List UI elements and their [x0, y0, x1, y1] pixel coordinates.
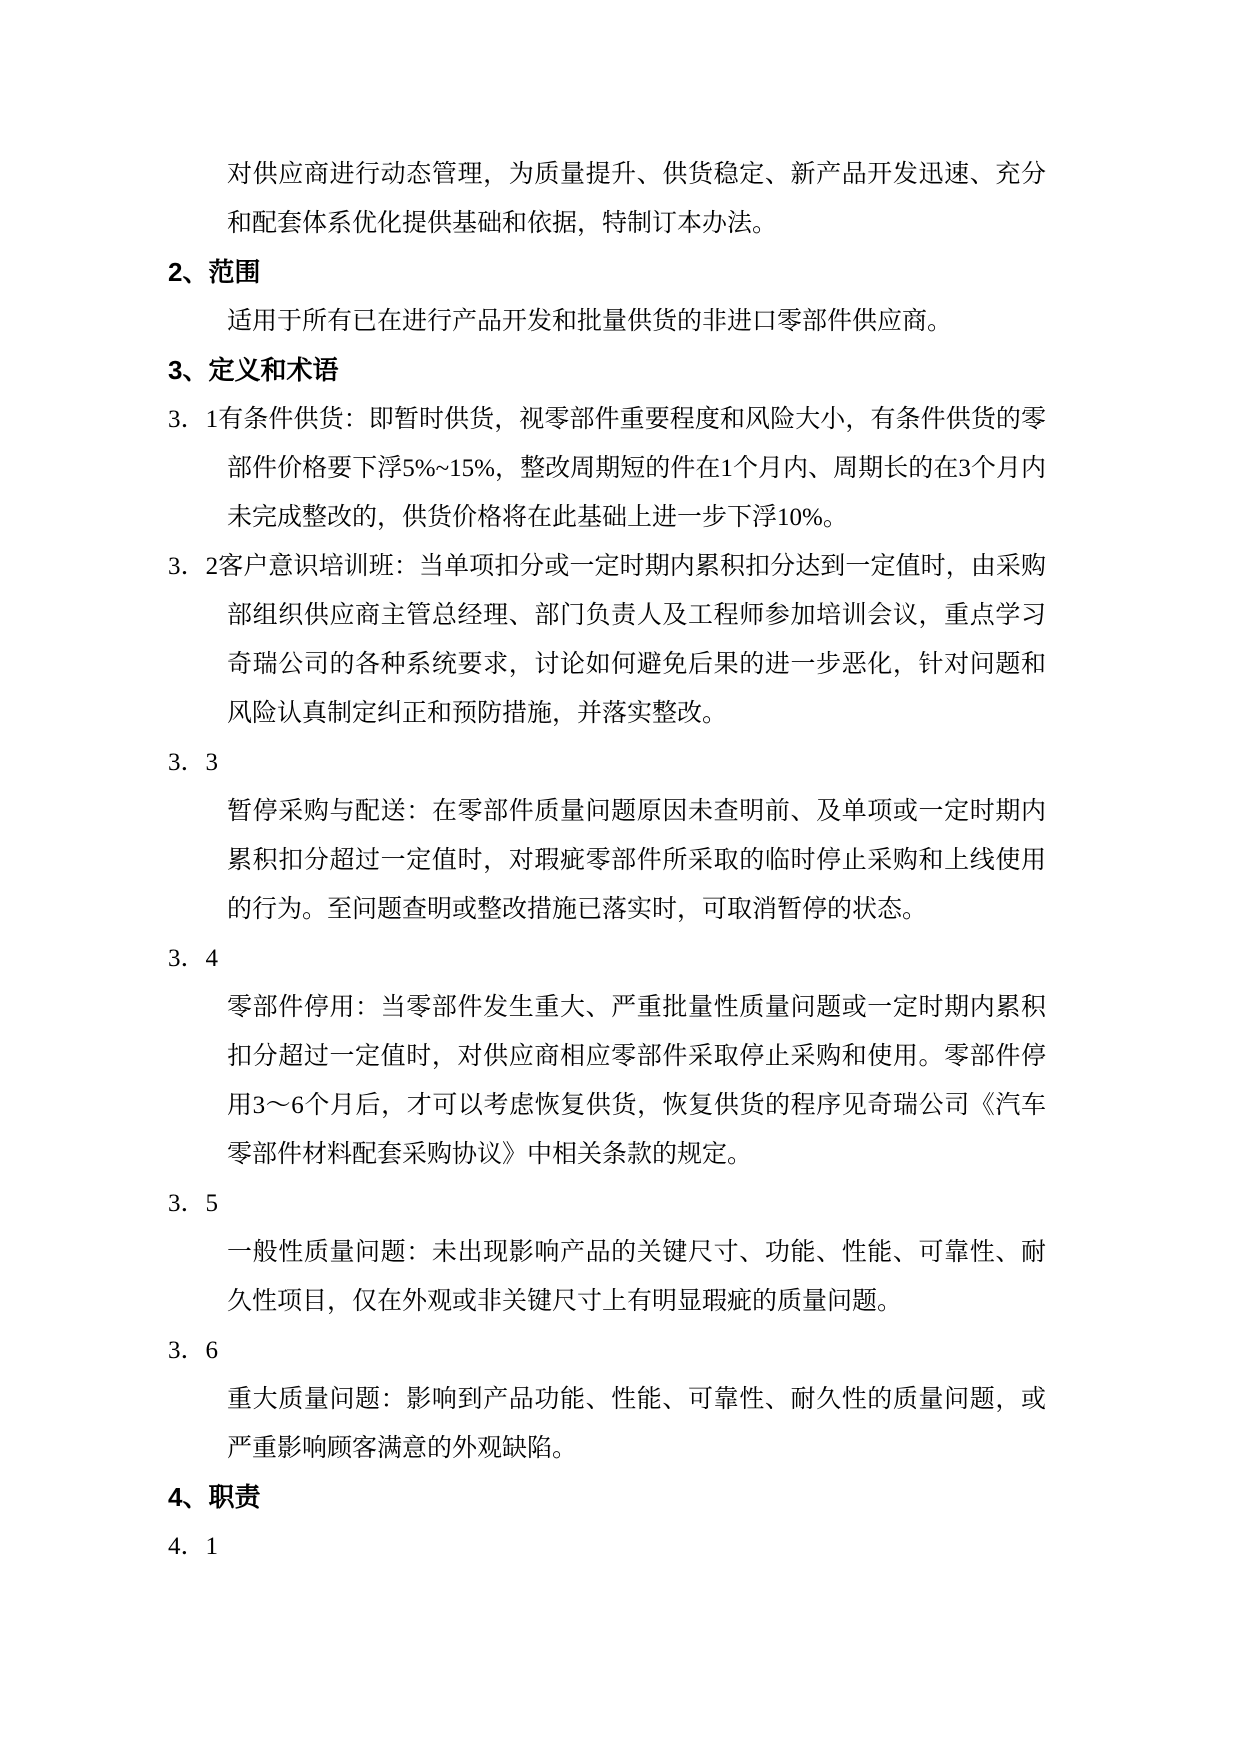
paragraph-purpose-continuation: 对供应商进行动态管理，为质量提升、供货稳定、新产品开发迅速、充分和配套体系优化提…: [168, 150, 1046, 248]
paragraph-3-5-general-quality-issue: 一般性质量问题：未出现影响产品的关键尺寸、功能、性能、可靠性、耐久性项目，仅在外…: [168, 1228, 1046, 1326]
clause-3-2-customer-awareness-training: 3．2客户意识培训班：当单项扣分或一定时期内累积扣分达到一定值时，由采购部组织供…: [168, 542, 1046, 738]
paragraph-3-3-suspend-purchasing: 暂停采购与配送：在零部件质量问题原因未查明前、及单项或一定时期内累积扣分超过一定…: [168, 787, 1046, 934]
clause-3-1-conditional-supply: 3．1有条件供货：即暂时供货，视零部件重要程度和风险大小，有条件供货的零部件价格…: [168, 395, 1046, 542]
section-heading-scope: 2、范围: [168, 248, 1046, 297]
clause-number-3-3: 3．3: [168, 738, 1046, 787]
clause-number-3-5: 3．5: [168, 1179, 1046, 1228]
clause-number-4-1: 4．1: [168, 1522, 1046, 1571]
clause-number-3-6: 3．6: [168, 1326, 1046, 1375]
paragraph-3-6-major-quality-issue: 重大质量问题：影响到产品功能、性能、可靠性、耐久性的质量问题，或严重影响顾客满意…: [168, 1375, 1046, 1473]
section-heading-definitions: 3、定义和术语: [168, 346, 1046, 395]
document-body: 对供应商进行动态管理，为质量提升、供货稳定、新产品开发迅速、充分和配套体系优化提…: [168, 150, 1046, 1571]
clause-number-3-4: 3．4: [168, 934, 1046, 983]
paragraph-scope: 适用于所有已在进行产品开发和批量供货的非进口零部件供应商。: [168, 297, 1046, 346]
section-heading-responsibilities: 4、职责: [168, 1473, 1046, 1522]
paragraph-3-4-part-discontinue: 零部件停用：当零部件发生重大、严重批量性质量问题或一定时期内累积扣分超过一定值时…: [168, 983, 1046, 1179]
document-page: 对供应商进行动态管理，为质量提升、供货稳定、新产品开发迅速、充分和配套体系优化提…: [0, 0, 1241, 1754]
